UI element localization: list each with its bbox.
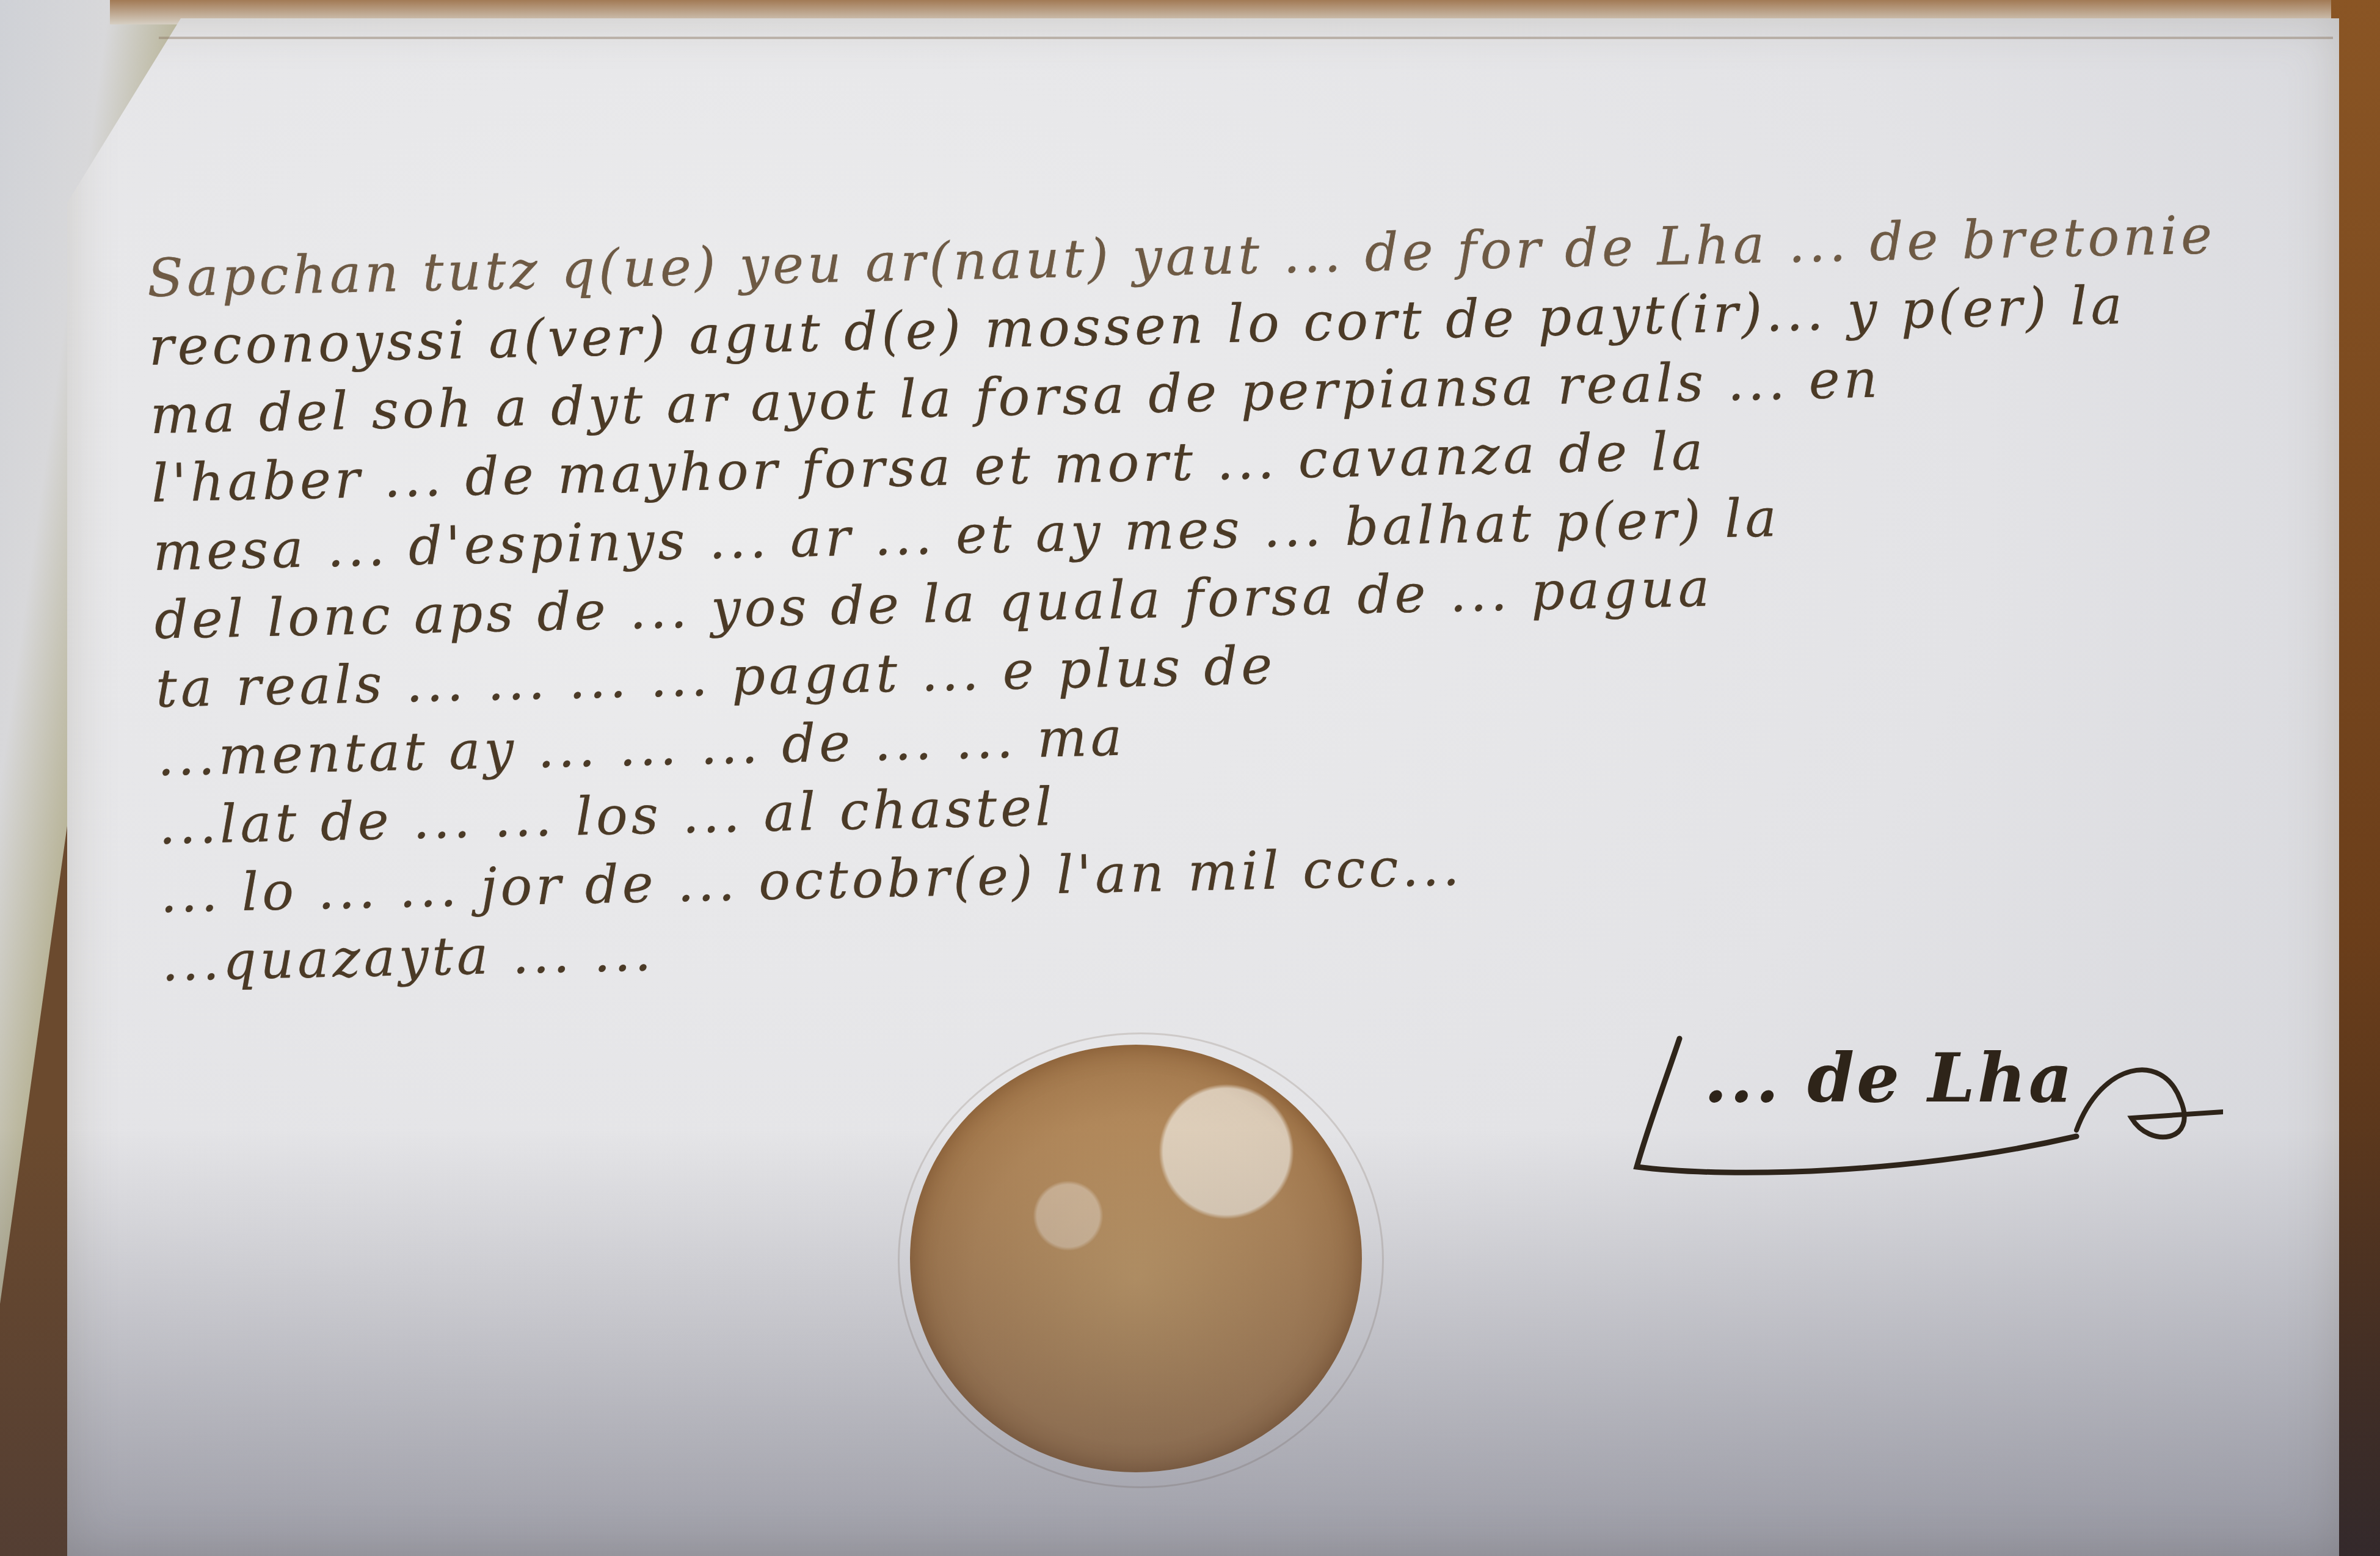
- wax-seal: [910, 1045, 1362, 1472]
- signature-block: ... de Lha: [1612, 1026, 2223, 1185]
- paper-fold-line: [159, 37, 2333, 39]
- signature-name: ... de Lha: [1704, 1039, 2075, 1117]
- manuscript-text-block: Sapchan tutz q(ue) yeu ar(naut) yaut ...…: [147, 199, 2330, 997]
